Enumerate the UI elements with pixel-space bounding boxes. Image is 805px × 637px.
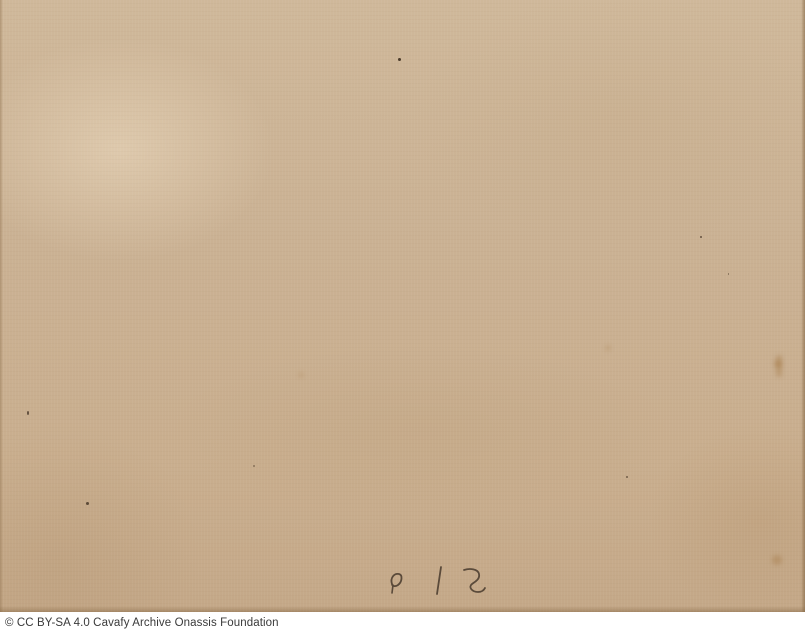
scanned-page [0, 0, 805, 612]
document-viewer: © CC BY-SA 4.0 Cavafy Archive Onassis Fo… [0, 0, 805, 637]
foxing-stain [772, 555, 782, 565]
handwritten-marking [384, 560, 494, 600]
paper-speck [27, 411, 29, 415]
paper-speck [626, 476, 628, 478]
paper-speck [700, 236, 702, 238]
credits-footer: © CC BY-SA 4.0 Cavafy Archive Onassis Fo… [0, 612, 805, 637]
page-right-edge [801, 0, 805, 612]
foxing-stain [605, 345, 611, 351]
paper-speck [398, 58, 401, 61]
foxing-stain [776, 355, 782, 377]
page-left-edge [0, 0, 3, 612]
paper-speck [253, 465, 255, 467]
paper-speck [728, 273, 729, 275]
license-credit: © CC BY-SA 4.0 Cavafy Archive Onassis Fo… [5, 617, 279, 629]
foxing-stain [298, 372, 304, 378]
paper-speck [86, 502, 89, 505]
